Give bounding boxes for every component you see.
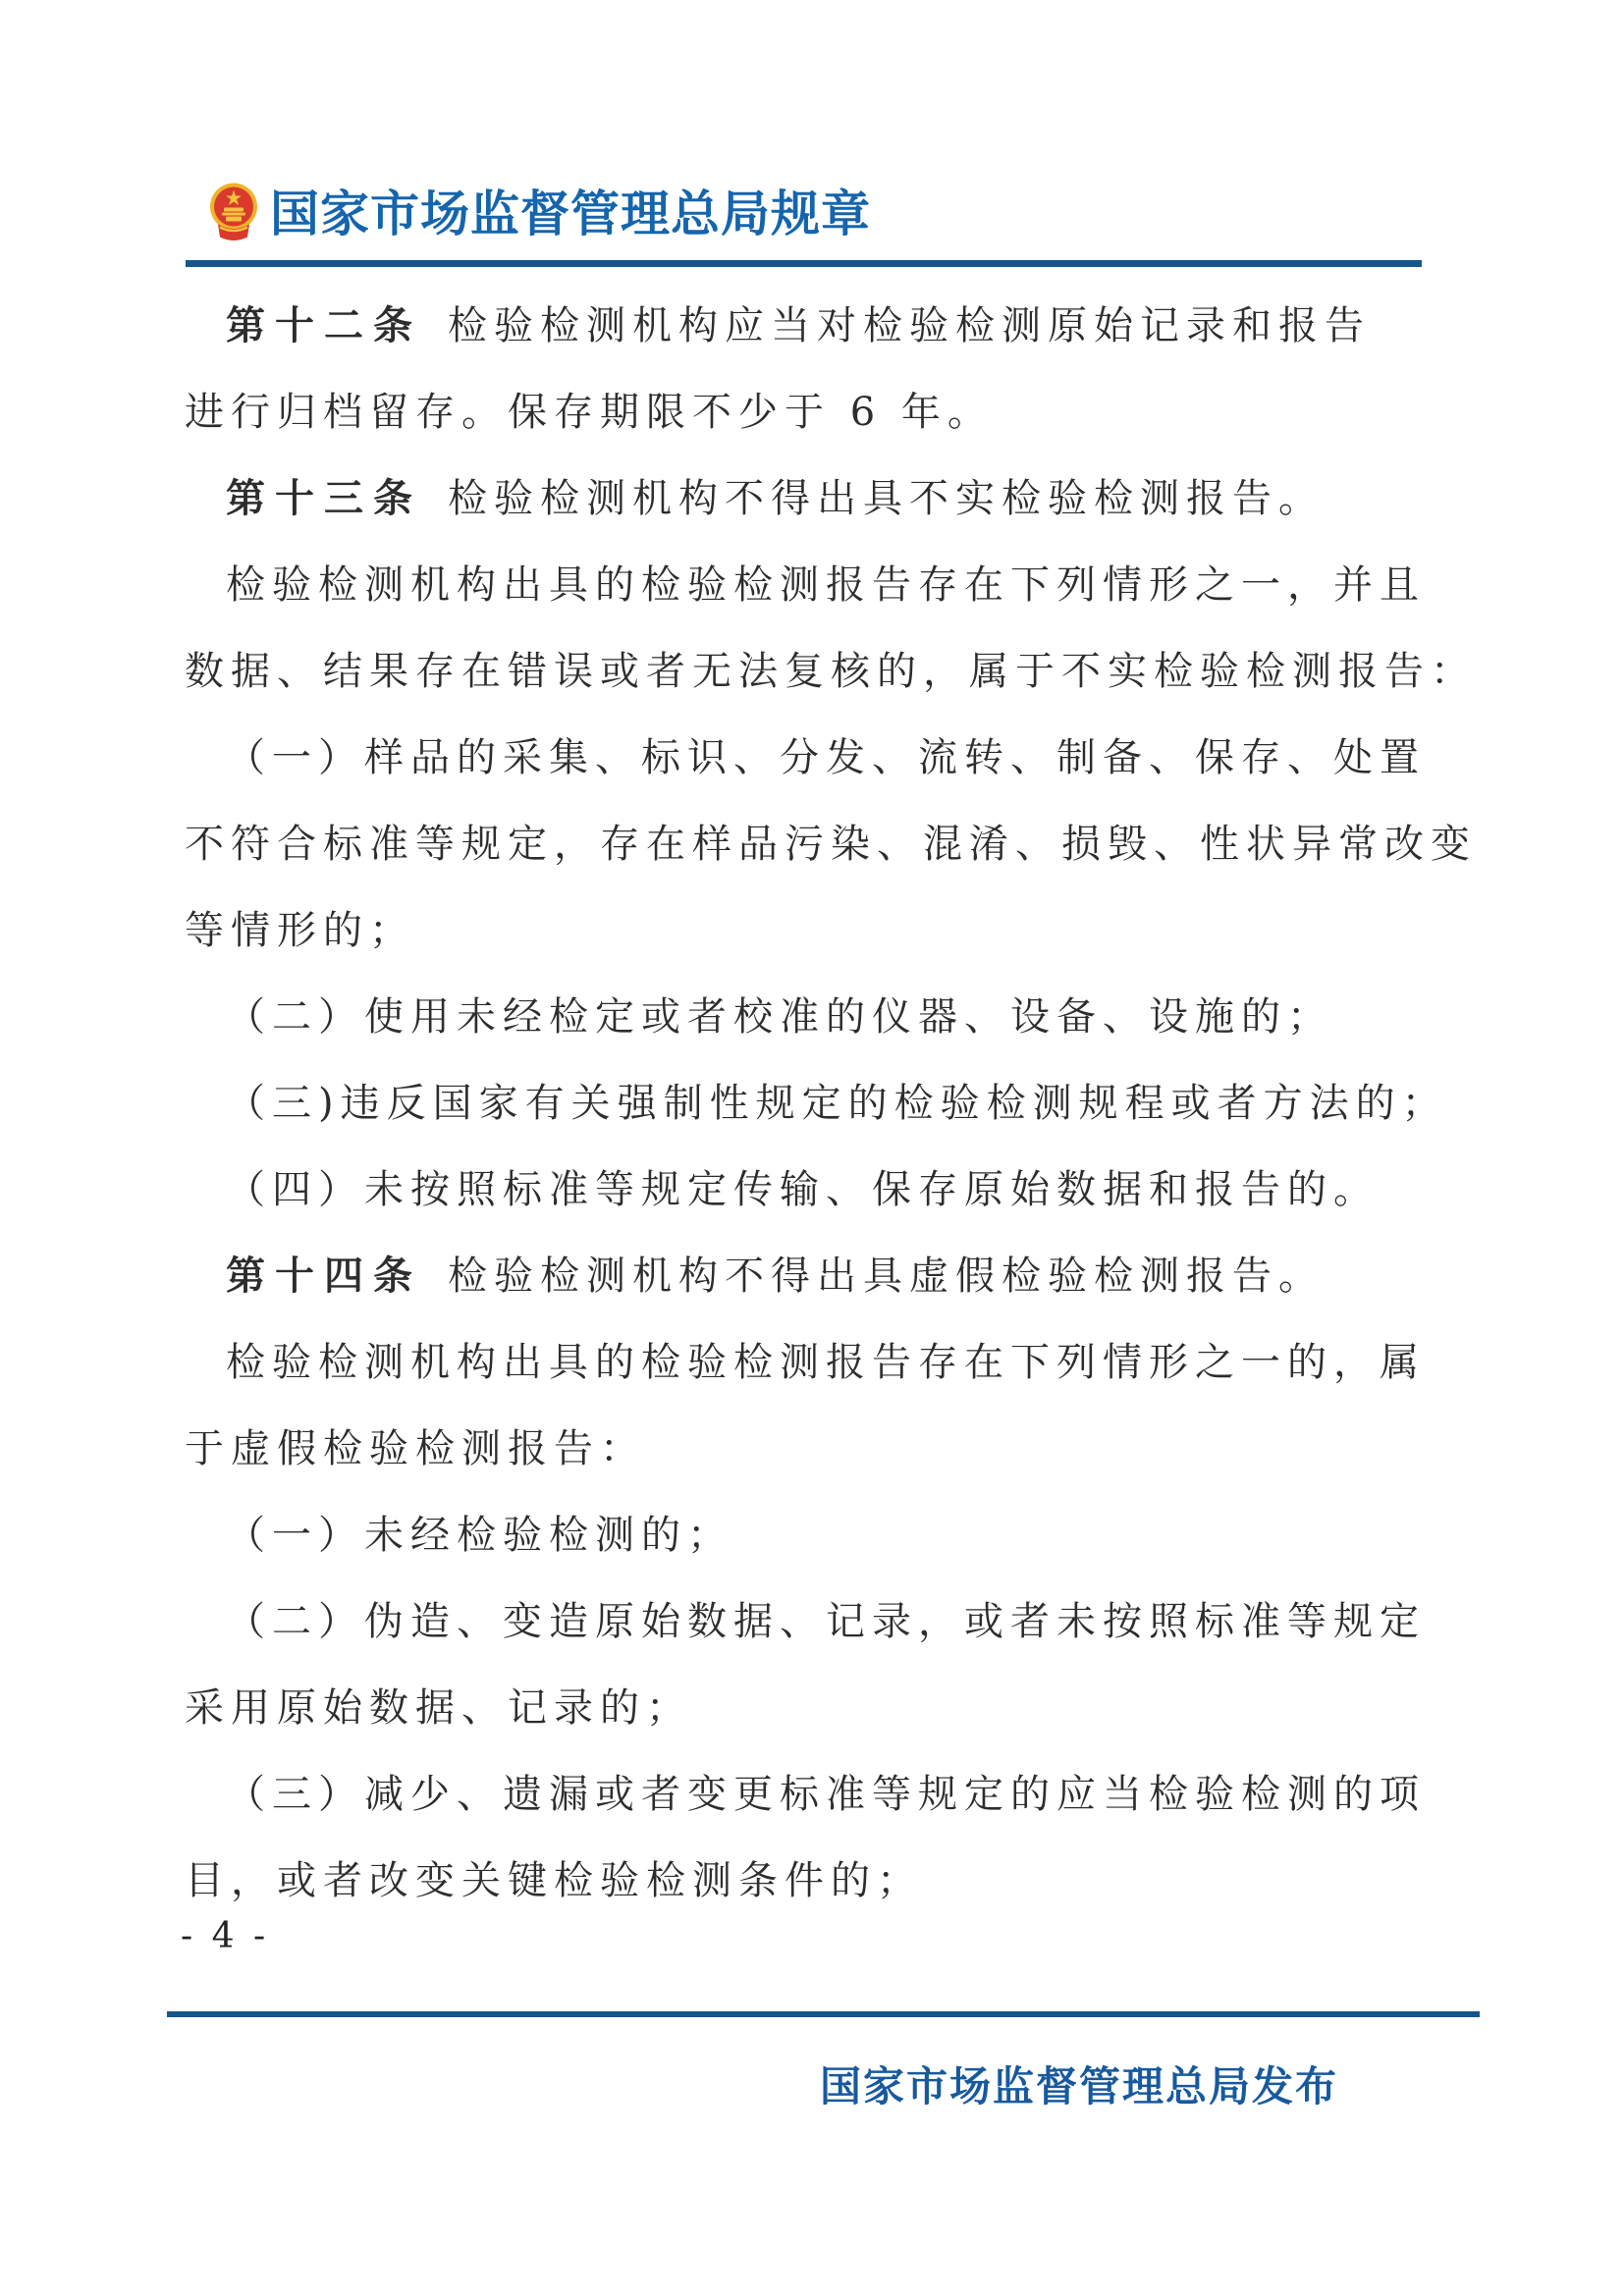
article-number: 第十四条 — [226, 1253, 422, 1299]
line-text: 检验检测机构不得出具不实检验检测报告。 — [448, 476, 1325, 521]
body-line: 进行归档留存。保存期限不少于 6 年。 — [185, 369, 1481, 455]
body-line: （四）未按照标准等规定传输、保存原始数据和报告的。 — [185, 1147, 1481, 1233]
line-text: （三)违反国家有关强制性规定的检验检测规程或者方法的； — [226, 1081, 1448, 1126]
body-line: （二）使用未经检定或者校准的仪器、设备、设施的； — [185, 974, 1481, 1060]
line-text: 检验检测机构应当对检验检测原始记录和报告 — [448, 303, 1371, 348]
header-rule — [186, 260, 1422, 267]
body-line: 第十二条检验检测机构应当对检验检测原始记录和报告 — [185, 283, 1481, 369]
body-line: （一）样品的采集、标识、分发、流转、制备、保存、处置 — [185, 715, 1481, 801]
line-text: 检验检测机构出具的检验检测报告存在下列情形之一，并且 — [226, 562, 1426, 608]
line-text: 于虚假检验检测报告： — [185, 1426, 646, 1471]
line-text: 数据、结果存在错误或者无法复核的，属于不实检验检测报告： — [185, 649, 1477, 694]
line-text: （一）未经检验检测的； — [226, 1513, 733, 1558]
line-text: （二）伪造、变造原始数据、记录，或者未按照标准等规定 — [226, 1599, 1426, 1644]
article-number: 第十三条 — [226, 475, 422, 521]
line-text: （二）使用未经检定或者校准的仪器、设备、设施的； — [226, 994, 1333, 1040]
body-line: 于虚假检验检测报告： — [185, 1406, 1481, 1492]
line-text: 进行归档留存。保存期限不少于 6 年。 — [185, 390, 994, 435]
page-title: 国家市场监督管理总局规章 — [270, 182, 871, 246]
line-text: 检验检测机构不得出具虚假检验检测报告。 — [448, 1254, 1325, 1299]
body-line: 检验检测机构出具的检验检测报告存在下列情形之一，并且 — [185, 542, 1481, 628]
document-body: 第十二条检验检测机构应当对检验检测原始记录和报告 进行归档留存。保存期限不少于 … — [185, 283, 1481, 1924]
body-line: （三)违反国家有关强制性规定的检验检测规程或者方法的； — [185, 1060, 1481, 1147]
line-text: 等情形的； — [185, 908, 415, 953]
line-text: （一）样品的采集、标识、分发、流转、制备、保存、处置 — [226, 735, 1426, 780]
page-header: 国家市场监督管理总局规章 — [209, 180, 871, 248]
body-line: 等情形的； — [185, 887, 1481, 974]
line-text: （四）未按照标准等规定传输、保存原始数据和报告的。 — [226, 1167, 1380, 1212]
line-text: （三）减少、遗漏或者变更标准等规定的应当检验检测的项 — [226, 1772, 1426, 1817]
article-number: 第十二条 — [226, 302, 422, 348]
body-line: （二）伪造、变造原始数据、记录，或者未按照标准等规定 — [185, 1578, 1481, 1665]
footer-rule — [167, 2011, 1480, 2017]
body-line: 数据、结果存在错误或者无法复核的，属于不实检验检测报告： — [185, 628, 1481, 715]
china-national-emblem-icon — [209, 182, 258, 246]
body-line: （三）减少、遗漏或者变更标准等规定的应当检验检测的项 — [185, 1751, 1481, 1838]
body-line: 目，或者改变关键检验检测条件的； — [185, 1838, 1481, 1924]
body-line: 采用原始数据、记录的； — [185, 1665, 1481, 1751]
line-text: 检验检测机构出具的检验检测报告存在下列情形之一的，属 — [226, 1340, 1426, 1385]
line-text: 目，或者改变关键检验检测条件的； — [185, 1858, 923, 1903]
body-line: （一）未经检验检测的； — [185, 1492, 1481, 1578]
body-line: 第十三条检验检测机构不得出具不实检验检测报告。 — [185, 455, 1481, 542]
body-line: 第十四条检验检测机构不得出具虚假检验检测报告。 — [185, 1233, 1481, 1319]
body-line: 不符合标准等规定，存在样品污染、混淆、损毁、性状异常改变 — [185, 801, 1481, 887]
page-number: - 4 - — [181, 1916, 269, 1956]
line-text: 不符合标准等规定，存在样品污染、混淆、损毁、性状异常改变 — [185, 822, 1477, 867]
document-page: 国家市场监督管理总局规章 第十二条检验检测机构应当对检验检测原始记录和报告 进行… — [0, 0, 1624, 2296]
publisher-label: 国家市场监督管理总局发布 — [820, 2055, 1338, 2113]
line-text: 采用原始数据、记录的； — [185, 1685, 692, 1731]
body-line: 检验检测机构出具的检验检测报告存在下列情形之一的，属 — [185, 1319, 1481, 1406]
